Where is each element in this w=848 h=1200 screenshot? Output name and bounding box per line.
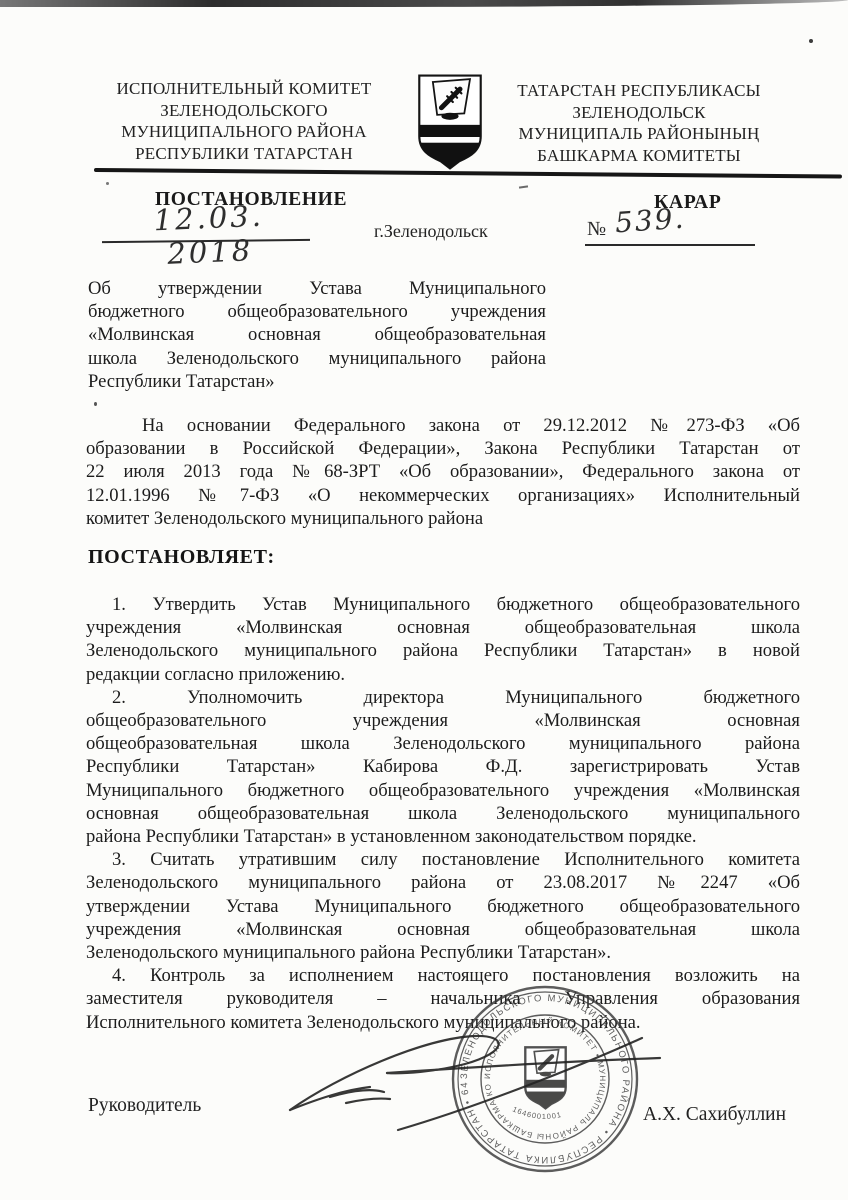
text-line: Республики Татарстан» xyxy=(88,370,546,393)
letterhead-line: МУНИЦИПАЛЬНОГО РАЙОНА xyxy=(95,121,393,143)
scan-speck xyxy=(809,39,813,43)
item-3: 3. Считать утратившим силу постановление… xyxy=(86,848,800,964)
text-line: утверждении Устава Муниципального бюджет… xyxy=(86,895,800,918)
text-line: Зеленодольского муниципального района Ре… xyxy=(86,639,800,662)
coat-of-arms-icon xyxy=(401,72,499,177)
item-2: 2. Уполномочить директора Муниципального… xyxy=(86,686,800,848)
text-line: учреждения «Молвинская основная общеобра… xyxy=(86,616,800,639)
text-line: На основании Федерального закона от 29.1… xyxy=(86,414,800,437)
letterhead-line: ЗЕЛЕНОДОЛЬСК xyxy=(488,102,790,124)
text-line: редакции согласно приложению. xyxy=(86,663,800,686)
letterhead-line: БАШКАРМА КОМИТЕТЫ xyxy=(488,145,790,167)
letterhead-line: ИСПОЛНИТЕЛЬНЫЙ КОМИТЕТ xyxy=(95,78,393,100)
resolution-items: 1. Утвердить Устав Муниципального бюджет… xyxy=(86,593,800,1034)
document-page: ИСПОЛНИТЕЛЬНЫЙ КОМИТЕТ ЗЕЛЕНОДОЛЬСКОГО М… xyxy=(0,0,848,1200)
scan-speck xyxy=(106,182,109,185)
text-line: района Республики Татарстан» в установле… xyxy=(86,825,800,848)
handwritten-signature xyxy=(250,990,700,1195)
preamble-paragraph: На основании Федерального закона от 29.1… xyxy=(86,414,800,530)
letterhead-line: РЕСПУБЛИКИ ТАТАРСТАН xyxy=(95,143,393,165)
signatory-position-label: Руководитель xyxy=(88,1095,201,1117)
subject-paragraph: Об утверждении Устава Муниципальногобюдж… xyxy=(88,277,546,393)
text-line: Зеленодольского муниципального района Ре… xyxy=(86,941,800,964)
scan-edge-artifact xyxy=(0,0,848,7)
number-sign: № xyxy=(587,218,606,241)
letterhead-russian: ИСПОЛНИТЕЛЬНЫЙ КОМИТЕТ ЗЕЛЕНОДОЛЬСКОГО М… xyxy=(95,78,393,164)
text-line: 12.01.1996 №7-ФЗ «О некоммерческих орган… xyxy=(86,484,800,507)
scanned-document-page: { "page": {"background": "#fcfcfa", "ink… xyxy=(0,0,848,1200)
text-line: «Молвинская основная общеобразовательная xyxy=(88,323,546,346)
handwritten-date: 12.03. 2018 xyxy=(111,197,309,273)
text-line: образовании в Российской Федерации», Зак… xyxy=(86,437,800,460)
number-underline xyxy=(585,244,755,246)
letterhead-tatar: ТАТАРСТАН РЕСПУБЛИКАСЫ ЗЕЛЕНОДОЛЬСК МУНИ… xyxy=(488,80,790,166)
letterhead-line: МУНИЦИПАЛЬ РАЙОНЫНЫҢ xyxy=(488,123,790,145)
text-line: бюджетного общеобразовательного учрежден… xyxy=(88,300,546,323)
item-1: 1. Утвердить Устав Муниципального бюджет… xyxy=(86,593,800,686)
text-line: школа Зеленодольского муниципального рай… xyxy=(88,347,546,370)
text-line: 22 июля 2013 года №68-ЗРТ «Об образовани… xyxy=(86,460,800,483)
scan-speck xyxy=(94,402,97,406)
text-line: Зеленодольского муниципального района от… xyxy=(86,871,800,894)
text-line: основная общеобразовательная школа Зелен… xyxy=(86,802,800,825)
handwritten-number: 539. xyxy=(614,202,686,240)
text-line: Муниципального бюджетного общеобразовате… xyxy=(86,779,800,802)
text-line: 4. Контроль за исполнением настоящего по… xyxy=(86,964,800,987)
text-line: общеобразовательного учреждения «Молвинс… xyxy=(86,709,800,732)
text-line: 2. Уполномочить директора Муниципального… xyxy=(86,686,800,709)
text-line: 3. Считать утратившим силу постановление… xyxy=(86,848,800,871)
text-line: учреждения «Молвинская основная общеобра… xyxy=(86,918,800,941)
resolves-heading: ПОСТАНОВЛЯЕТ: xyxy=(88,546,275,569)
letterhead-line: ЗЕЛЕНОДОЛЬСКОГО xyxy=(95,100,393,122)
text-line: общеобразовательная школа Зеленодольског… xyxy=(86,732,800,755)
text-line: комитет Зеленодольского муниципального р… xyxy=(86,507,800,530)
letterhead-line: ТАТАРСТАН РЕСПУБЛИКАСЫ xyxy=(488,80,790,102)
text-line: 1. Утвердить Устав Муниципального бюджет… xyxy=(86,593,800,616)
scan-speck xyxy=(519,185,528,188)
text-line: Об утверждении Устава Муниципального xyxy=(88,277,546,300)
city-label: г.Зеленодольск xyxy=(374,221,488,242)
text-line: Республики Татарстан» Кабирова Ф.Д. заре… xyxy=(86,755,800,778)
